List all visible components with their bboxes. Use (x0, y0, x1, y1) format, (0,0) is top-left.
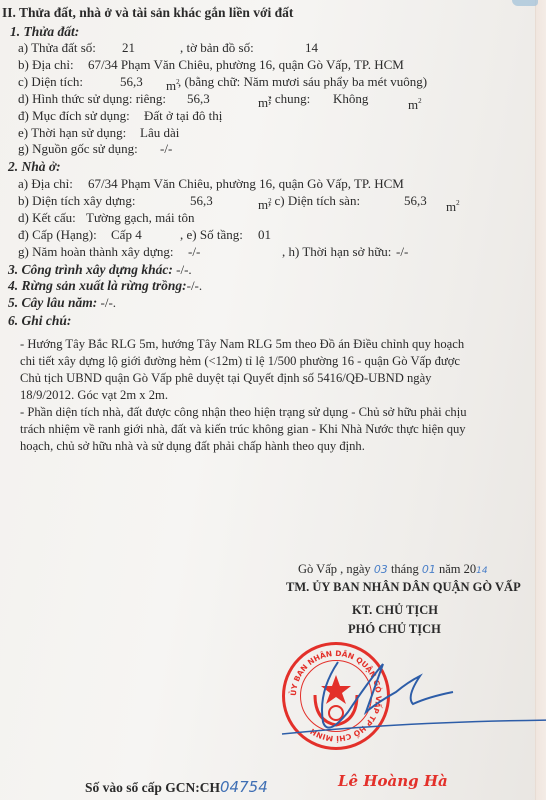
issue-year: 14 (476, 566, 487, 576)
issue-month: 01 (422, 563, 436, 576)
corner-mark (512, 0, 538, 6)
house-floors: 01 (258, 227, 271, 243)
house-ownership-term: -/- (396, 244, 408, 260)
land-common-area: Không (333, 91, 368, 107)
house-build-area: 56,3 (190, 193, 213, 209)
land-address: 67/34 Phạm Văn Chiêu, phường 16, quận Gò… (88, 57, 404, 73)
land-parcel-number: 21 (122, 40, 135, 56)
house-floor-area: 56,3 (404, 193, 427, 209)
land-origin: -/- (160, 141, 172, 157)
land-a-label: a) Thửa đất số: (18, 40, 96, 56)
land-term: Lâu dài (140, 125, 179, 141)
house-h-label: , h) Thời hạn sở hữu: (282, 244, 391, 260)
land-area: 56,3 (120, 74, 143, 90)
house-b-label: b) Diện tích xây dựng: (18, 193, 136, 209)
notes-heading: 6. Ghi chú: (8, 313, 71, 329)
note-line: hoạch, chủ sở hữu nhà và sử dụng đất phả… (20, 438, 525, 455)
land-private-area: 56,3 (187, 91, 210, 107)
signer-name: Lê Hoàng Hà (338, 772, 448, 790)
section-4: 4. Rừng sản xuất là rừng trồng:-/-. (8, 278, 202, 294)
house-c-label: , c) Diện tích sàn: (268, 193, 360, 209)
section-3: 3. Công trình xây dựng khác: -/-. (8, 262, 192, 278)
note-line: 18/9/2012. Góc vạt 2m x 2m. (20, 387, 525, 404)
land-e-label: e) Thời hạn sử dụng: (18, 125, 126, 141)
signer-title-1: KT. CHỦ TỊCH (352, 603, 438, 618)
section-5: 5. Cây lâu năm: -/-. (8, 295, 116, 311)
issue-day: 03 (374, 563, 388, 576)
note-line: - Phần diện tích nhà, đất được công nhận… (20, 404, 525, 421)
land-c-label: c) Diện tích: (18, 74, 83, 90)
land-map-label: , tờ bản đồ số: (180, 40, 254, 56)
certificate-number: Số vào sổ cấp GCN:CH04754 (85, 778, 268, 796)
land-b-label: b) Địa chỉ: (18, 57, 74, 73)
land-heading: 1. Thửa đất: (10, 24, 79, 40)
house-grade: Cấp 4 (111, 227, 142, 243)
house-completion-year: -/- (188, 244, 200, 260)
land-purpose: Đất ở tại đô thị (144, 108, 222, 124)
land-map-number: 14 (305, 40, 318, 56)
land-common-unit: m2 (408, 93, 422, 113)
section-title: II. Thửa đất, nhà ở và tài sản khác gắn … (2, 5, 293, 21)
house-e-label: , e) Số tầng: (180, 227, 243, 243)
house-d-label: d) Kết cấu: (18, 210, 76, 226)
house-floor-unit: m2 (446, 195, 460, 215)
house-dd-label: đ) Cấp (Hạng): (18, 227, 97, 243)
note-line: trách nhiệm về ranh giới nhà, đất và kiế… (20, 421, 525, 438)
issue-date: Gò Vấp , ngày 03 tháng 01 năm 2014 (298, 561, 488, 579)
house-a-label: a) Địa chỉ: (18, 176, 73, 192)
note-line: Chủ tịch UBND quận Gò Vấp phê duyệt tại … (20, 370, 525, 387)
house-g-label: g) Năm hoàn thành xây dựng: (18, 244, 173, 260)
land-d-label: d) Hình thức sử dụng: riêng: (18, 91, 166, 107)
handwritten-signature (278, 652, 546, 742)
land-common-label: ; chung: (268, 91, 310, 107)
house-address: 67/34 Phạm Văn Chiêu, phường 16, quận Gò… (88, 176, 404, 192)
land-g-label: g) Nguồn gốc sử dụng: (18, 141, 138, 157)
note-line: - Hướng Tây Bắc RLG 5m, hướng Tây Nam RL… (20, 336, 525, 353)
house-heading: 2. Nhà ở: (8, 159, 61, 175)
note-line: chi tiết xây dựng lộ giới đường hẻm (<12… (20, 353, 525, 370)
land-dd-label: đ) Mục đích sử dụng: (18, 108, 130, 124)
land-area-words: , (bằng chữ: Năm mươi sáu phẩy ba mét vu… (178, 74, 427, 90)
house-structure: Tường gạch, mái tôn (86, 210, 195, 226)
signer-title-2: PHÓ CHỦ TỊCH (348, 622, 441, 637)
certificate-number-value: 04754 (220, 778, 268, 796)
issuing-authority: TM. ỦY BAN NHÂN DÂN QUẬN GÒ VẤP (286, 580, 521, 595)
